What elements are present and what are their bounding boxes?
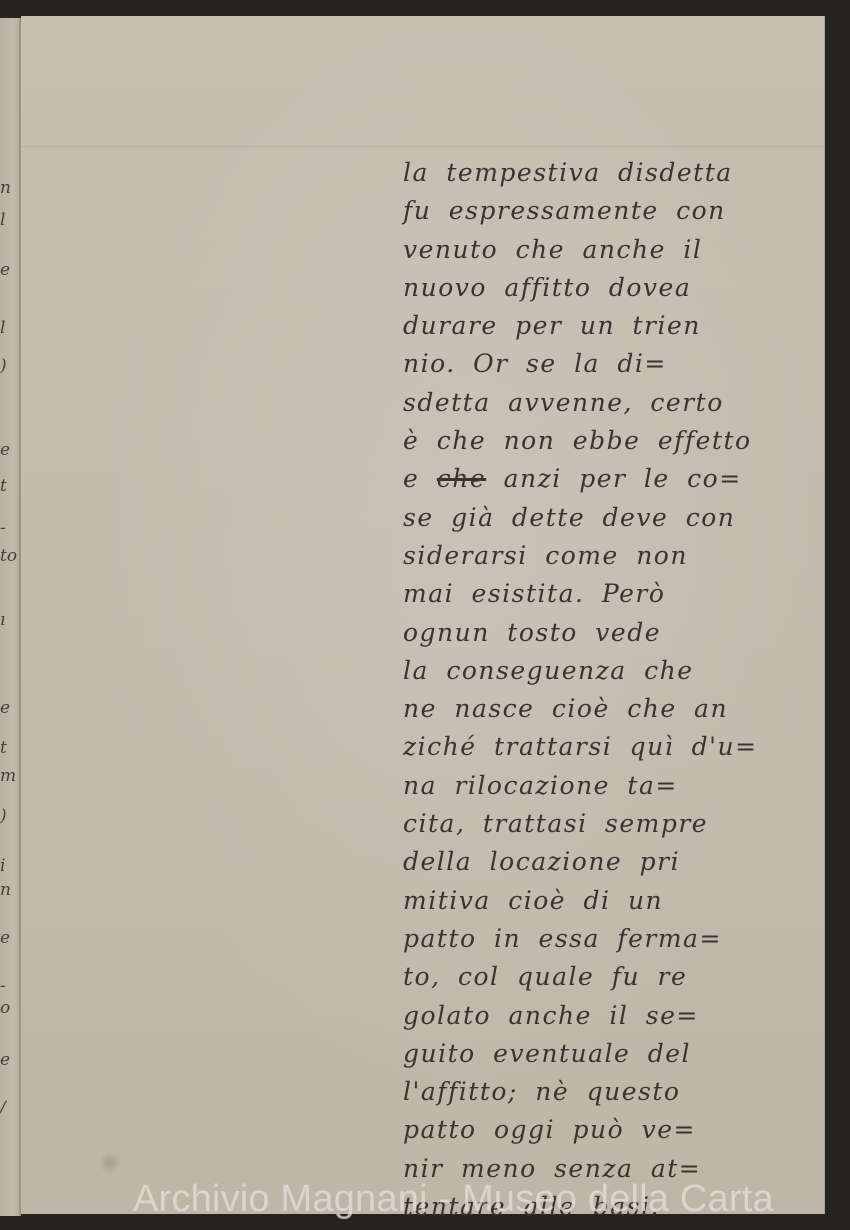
text-line: golato anche il se= [403, 997, 843, 1035]
facing-page-text-fragment: l [0, 212, 5, 229]
text-line: to, col quale fu re [403, 958, 843, 996]
text-line: fu espressamente con [403, 192, 843, 230]
text-line: sdetta avvenne, certo [403, 384, 843, 422]
text-line: ziché trattarsi quì d'u= [403, 728, 843, 766]
paper-stain [99, 1151, 121, 1175]
archive-watermark: Archivio Magnani - Museo della Carta [133, 1180, 774, 1218]
facing-page-text-fragment: e [0, 930, 10, 947]
text-line: la conseguenza che [403, 652, 843, 690]
text-line: nuovo affitto dovea [403, 269, 843, 307]
text-line: la tempestiva disdetta [403, 154, 843, 192]
text-line: se già dette deve con [403, 499, 843, 537]
facing-page-text-fragment: m [0, 768, 16, 785]
text-line: mai esistita. Però [403, 575, 843, 613]
facing-page-text-fragment: e [0, 700, 10, 717]
text-line-with-strikeout: e che anzi per le co= [403, 460, 843, 498]
facing-page-text-fragment: t [0, 740, 7, 757]
facing-page-text-fragment: ) [0, 358, 7, 375]
facing-page-text-fragment: n [0, 882, 11, 899]
facing-page-text-fragment: n [0, 180, 11, 197]
handwritten-text-block: la tempestiva disdetta fu espressamente … [403, 154, 843, 1226]
facing-page-text-fragment: o [0, 1000, 10, 1017]
text-line: cita, trattasi sempre [403, 805, 843, 843]
text-line: na rilocazione ta= [403, 767, 843, 805]
facing-page-text-fragment: - [0, 520, 6, 537]
text-line: guito eventuale del [403, 1035, 843, 1073]
text-line: siderarsi come non [403, 537, 843, 575]
facing-page-text-fragment: ) [0, 808, 7, 825]
facing-page-text-fragment: e [0, 1052, 10, 1069]
facing-page-text-fragment: ı [0, 612, 5, 629]
facing-page-text-fragment: to [0, 548, 17, 565]
facing-page-text-fragment: e [0, 262, 10, 279]
facing-page-edge: nlel)et-toıetm)ine-oe/ [0, 18, 20, 1216]
text-line: patto oggi può ve= [403, 1111, 843, 1149]
facing-page-text-fragment: / [0, 1100, 6, 1117]
text-line: venuto che anche il [403, 231, 843, 269]
facing-page-text-fragment: i [0, 858, 5, 875]
text-line: durare per un trien [403, 307, 843, 345]
facing-page-text-fragment: l [0, 320, 5, 337]
text-line: l'affitto; nè questo [403, 1073, 843, 1111]
paper-crease [21, 146, 824, 147]
text-line: ne nasce cioè che an [403, 690, 843, 728]
text-line: nio. Or se la di= [403, 345, 843, 383]
manuscript-page: la tempestiva disdetta fu espressamente … [21, 16, 824, 1214]
facing-page-text-fragment: - [0, 978, 6, 995]
text-line: è che non ebbe effetto [403, 422, 843, 460]
text-line: patto in essa ferma= [403, 920, 843, 958]
text-line: ognun tosto vede [403, 614, 843, 652]
facing-page-text-fragment: e [0, 442, 10, 459]
text-line: della locazione pri [403, 843, 843, 881]
facing-page-text-fragment: t [0, 478, 7, 495]
text-line: mitiva cioè di un [403, 882, 843, 920]
scan-background: nlel)et-toıetm)ine-oe/ la tempestiva dis… [0, 0, 850, 1230]
struck-out-word: che [437, 464, 486, 493]
